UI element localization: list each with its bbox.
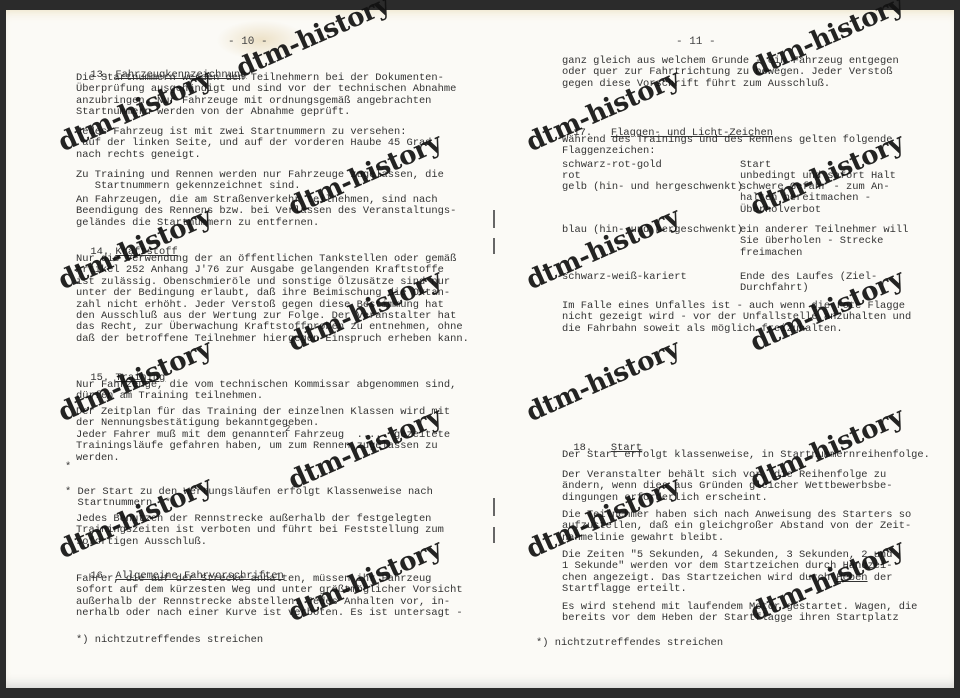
continuation-paragraph: ganz gleich aus welchem Grunde - ein Fah… bbox=[562, 56, 899, 90]
flag-meaning: ein anderer Teilnehmer will Sie überhole… bbox=[740, 225, 908, 259]
asterisk-marker: * bbox=[65, 462, 71, 473]
footnote: *) nichtzutreffendes streichen bbox=[76, 635, 263, 646]
page-number: - 11 - bbox=[676, 36, 716, 48]
left-page: - 10 - 13. Fahrzeugkennzeichnung Die Sta… bbox=[6, 10, 476, 688]
paragraph: An Fahrzeugen, die am Straßenverkehr tei… bbox=[76, 195, 456, 229]
flag-name: gelb (hin- und hergeschwenkt) bbox=[562, 182, 743, 193]
paragraph: * Der Start zu den Wertungsläufen erfolg… bbox=[65, 487, 433, 510]
handwritten-number: 2 bbox=[285, 424, 290, 435]
scanned-document: - 10 - 13. Fahrzeugkennzeichnung Die Sta… bbox=[6, 10, 954, 688]
footnote: *) nichtzutreffendes streichen bbox=[536, 638, 723, 649]
paragraph: Der Start erfolgt klassenweise, in Start… bbox=[562, 450, 930, 461]
paragraph: Es wird stehend mit laufendem Motor gest… bbox=[562, 602, 917, 625]
right-page: - 11 - ganz gleich aus welchem Grunde - … bbox=[476, 10, 954, 688]
paragraph: Fahrer, die auf der Strecke anhalten, mü… bbox=[76, 574, 463, 620]
